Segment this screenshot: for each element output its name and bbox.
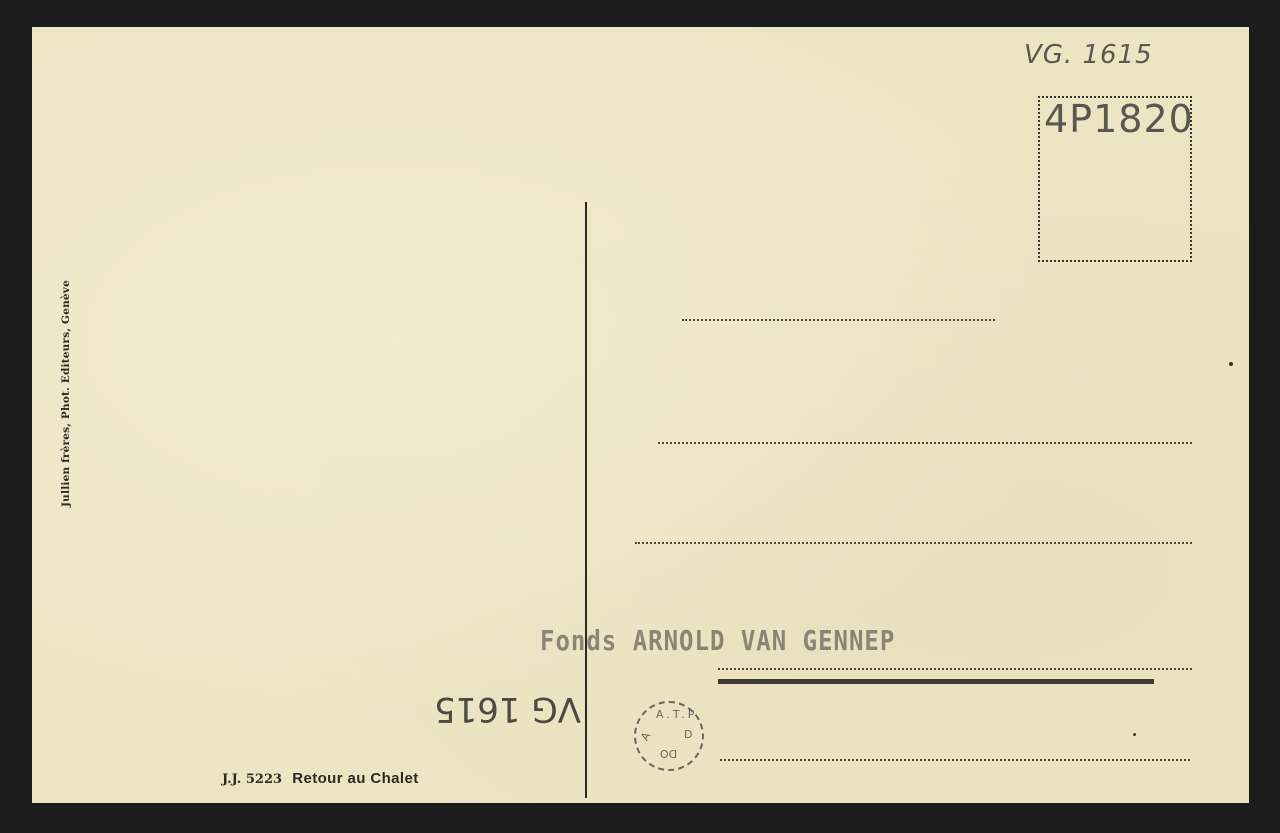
handwritten-inverted-note: VG 1615 [434,689,581,729]
publisher-imprint: Jullien frères, Phot. Editeurs, Genève [60,280,72,507]
caption-title: Retour au Chalet [292,770,418,787]
address-line-2 [658,442,1192,444]
postmark-right-text: D [684,728,692,741]
paper-speck [1229,362,1233,366]
paper-speck [1133,733,1136,736]
handwritten-reference-stamp-box: 4P1820 [1044,97,1194,141]
postcard-caption: J.J. 5223 Retour au Chalet [222,770,419,787]
postcard-back: Jullien frères, Phot. Editeurs, Genève J… [32,27,1249,803]
archive-stamp-underline [718,679,1154,684]
postmark-left-text: A [638,730,653,743]
postmark-top-text: A.T.P. [656,708,702,721]
address-line-4 [718,668,1192,670]
handwritten-reference-top: VG. 1615 [1024,40,1153,70]
postmark-circle: A.T.P. A D DO [634,701,704,771]
address-line-1 [682,319,995,321]
address-line-5 [720,759,1190,761]
catalog-code: J.J. 5223 [222,772,282,787]
address-line-3 [635,542,1192,544]
postmark-bottom-text: DO [660,747,677,760]
archive-collection-stamp: Fonds ARNOLD VAN GENNEP [540,625,895,657]
message-address-divider [585,202,587,798]
